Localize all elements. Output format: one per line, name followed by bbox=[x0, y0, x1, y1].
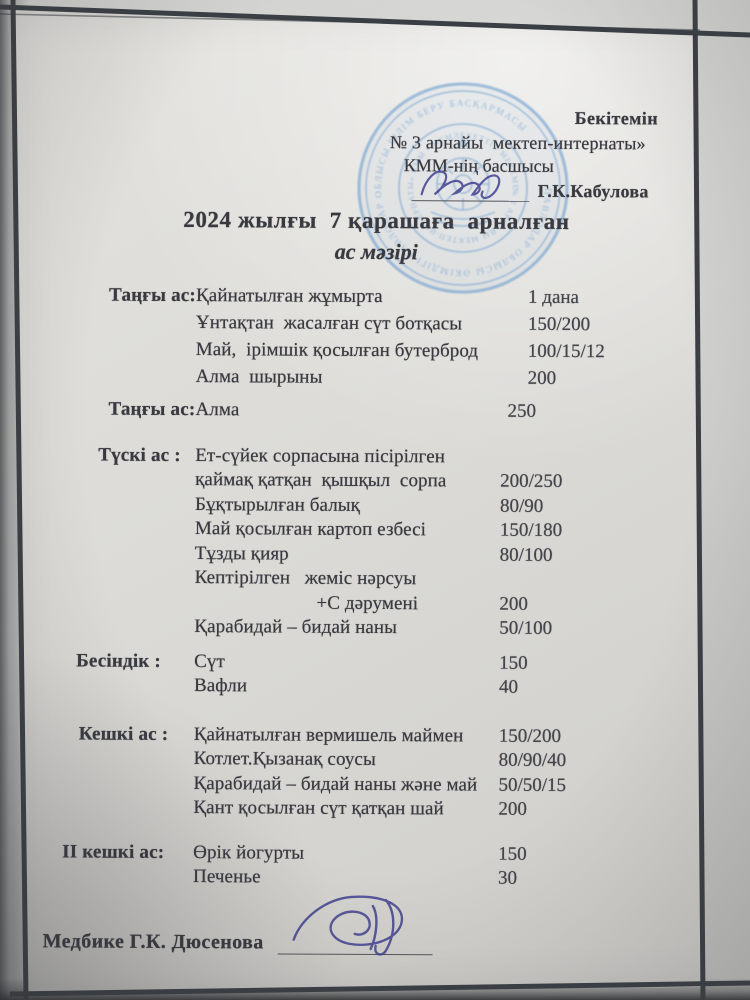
menu-row: Таңғы ас:Алма250 bbox=[64, 398, 670, 426]
meal-section: Бесіндік :Сүт150Вафли40 bbox=[63, 650, 669, 702]
nurse-signature-block: Медбике Г.К. Дюсенова bbox=[43, 922, 433, 955]
menu-row: Түскі ас :Ет-сүйек сорпасына пісірілген bbox=[64, 444, 670, 472]
meal-section-label bbox=[64, 558, 195, 559]
org-name-line1: № 3 арнайы мектеп-интернаты» bbox=[390, 131, 668, 154]
dish-name: Вафли bbox=[194, 675, 669, 699]
meal-section-label bbox=[63, 631, 194, 632]
meal-section-label bbox=[62, 881, 193, 882]
menu-row: +С дәрумені200 bbox=[63, 591, 669, 619]
dish-name: Қарабидай – бидай наны bbox=[194, 616, 669, 640]
menu-row: Тұзды қияр80/100 bbox=[64, 542, 670, 570]
dish-name: Бұқтырылған балық bbox=[195, 494, 670, 518]
portion-value: 150 bbox=[499, 652, 528, 674]
director-signature-icon bbox=[418, 164, 518, 201]
meal-section-label bbox=[64, 509, 195, 510]
nurse-name: Медбике Г.К. Дюсенова bbox=[43, 930, 264, 954]
menu-row: Май, ірімшік қосылған бутерброд100/15/12 bbox=[65, 338, 671, 368]
portion-value: 150/200 bbox=[499, 725, 561, 747]
menu-sections: Таңғы ас:Қайнатылған жұмырта1 данаҰнтақт… bbox=[62, 284, 671, 893]
portion-value: 200 bbox=[498, 799, 527, 821]
portion-value: 50/50/15 bbox=[498, 774, 566, 796]
portion-value: 30 bbox=[498, 868, 517, 890]
portion-value: 1 дана bbox=[528, 287, 579, 309]
menu-row: Қант қосылған сүт қатқан шай200 bbox=[62, 796, 668, 824]
nurse-signature-line bbox=[278, 923, 433, 955]
meal-section-label bbox=[62, 788, 193, 789]
menu-row: Бұқтырылған балық80/90 bbox=[64, 493, 670, 521]
director-name: Г.К.Кабулова bbox=[538, 180, 649, 203]
dish-name: Қайнатылған вермишель маймен bbox=[194, 724, 669, 748]
menu-row: Қарабидай – бидай наны50/100 bbox=[63, 615, 669, 643]
dish-name: Қант қосылған сүт қатқан шай bbox=[193, 797, 668, 821]
portion-value: 100/15/12 bbox=[528, 341, 605, 363]
director-signature-line bbox=[412, 178, 530, 202]
dish-name: Май қосылған картоп езбесі bbox=[195, 518, 670, 542]
portion-value: 80/100 bbox=[500, 544, 553, 566]
menu-row: Қарабидай – бидай наны және май50/50/15 bbox=[62, 772, 668, 800]
menu-row: ІІ кешкі ас:Өрік йогурты150 bbox=[62, 841, 668, 869]
dish-name: Тұзды қияр bbox=[195, 543, 670, 567]
menu-row: Ұнтақтан жасалған сүт ботқасы150/200 bbox=[65, 311, 671, 341]
title-line2: ас мәзірі bbox=[96, 238, 656, 267]
menu-row: Кешкі ас :Қайнатылған вермишель маймен15… bbox=[63, 723, 669, 751]
dish-name: Ет-сүйек сорпасына пісірілген bbox=[195, 445, 670, 469]
menu-row: Котлет.Қызанақ соусы80/90/40 bbox=[63, 747, 669, 775]
meal-section-label bbox=[65, 381, 196, 382]
dish-name: Алма bbox=[195, 399, 670, 423]
meal-section-label bbox=[64, 582, 195, 583]
menu-row: Таңғы ас:Қайнатылған жұмырта1 дана bbox=[65, 284, 671, 314]
photographed-menu-document: ПАВЛОДАР ОБЛЫСЫ ӘКІМДІГІ ПАВЛОДАР ОБЛЫСЫ… bbox=[0, 0, 750, 1000]
meal-section-label bbox=[62, 812, 193, 813]
meal-section-label bbox=[65, 327, 196, 328]
menu-row: Кептірілген жеміс нәрсуы bbox=[64, 566, 670, 594]
portion-value: 80/90 bbox=[500, 495, 543, 517]
dish-name: Кептірілген жеміс нәрсуы bbox=[195, 567, 670, 591]
meal-section-label bbox=[63, 607, 194, 608]
menu-row: Алма шырыны200 bbox=[65, 365, 671, 395]
portion-value: 150 bbox=[498, 843, 527, 865]
menu-row: қаймақ қатқан қышқыл сорпа200/250 bbox=[64, 468, 670, 496]
portion-value: 200/250 bbox=[500, 471, 562, 493]
portion-value: 80/90/40 bbox=[499, 750, 567, 772]
dish-name: Алма шырыны bbox=[196, 366, 671, 390]
dish-name: Ұнтақтан жасалған сүт ботқасы bbox=[196, 312, 671, 336]
approval-word: Бекітемін bbox=[390, 106, 668, 129]
meal-section-label: Бесіндік : bbox=[63, 650, 194, 673]
document-title: 2024 жылғы 7 қарашаға арналған ас мәзірі bbox=[96, 207, 656, 267]
dish-name: +С дәрумені bbox=[194, 592, 669, 616]
dish-name: қаймақ қатқан қышқыл сорпа bbox=[195, 469, 670, 493]
dish-name: Котлет.Қызанақ соусы bbox=[194, 748, 669, 772]
dish-name: Қарабидай – бидай наны және май bbox=[193, 773, 668, 797]
meal-section-label bbox=[64, 533, 195, 534]
meal-section-label bbox=[65, 354, 196, 355]
nurse-signature-icon bbox=[272, 885, 442, 960]
menu-row: Бесіндік :Сүт150 bbox=[63, 650, 669, 678]
meal-section-label: Таңғы ас: bbox=[64, 398, 195, 421]
portion-value: 250 bbox=[507, 401, 536, 423]
meal-section-label bbox=[63, 763, 194, 764]
meal-section: Таңғы ас:Алма250 bbox=[64, 398, 670, 426]
meal-section-label: Таңғы ас: bbox=[65, 284, 196, 307]
portion-value: 150/180 bbox=[500, 520, 562, 542]
menu-row: Вафли40 bbox=[63, 674, 669, 702]
dish-name: Қайнатылған жұмырта bbox=[196, 285, 671, 309]
meal-section-label: Кешкі ас : bbox=[63, 723, 194, 746]
meal-section: Таңғы ас:Қайнатылған жұмырта1 данаҰнтақт… bbox=[65, 284, 672, 395]
portion-value: 200 bbox=[499, 593, 528, 615]
meal-section-label bbox=[63, 690, 194, 691]
meal-section: Кешкі ас :Қайнатылған вермишель маймен15… bbox=[62, 723, 669, 824]
portion-value: 200 bbox=[528, 368, 557, 390]
approval-block: Бекітемін № 3 арнайы мектеп-интернаты» К… bbox=[390, 106, 668, 202]
portion-value: 150/200 bbox=[528, 314, 590, 336]
dish-name: Өрік йогурты bbox=[193, 842, 668, 866]
portion-value: 40 bbox=[499, 677, 518, 699]
meal-section: Түскі ас :Ет-сүйек сорпасына пісірілгенқ… bbox=[63, 444, 670, 643]
dish-name: Сүт bbox=[194, 651, 669, 675]
portion-value: 50/100 bbox=[499, 618, 552, 640]
menu-row: Май қосылған картоп езбесі150/180 bbox=[64, 517, 670, 545]
meal-section-label: Түскі ас : bbox=[64, 444, 195, 467]
title-line1: 2024 жылғы 7 қарашаға арналған bbox=[96, 207, 656, 236]
meal-section-label bbox=[64, 484, 195, 485]
meal-section-label: ІІ кешкі ас: bbox=[62, 841, 193, 864]
